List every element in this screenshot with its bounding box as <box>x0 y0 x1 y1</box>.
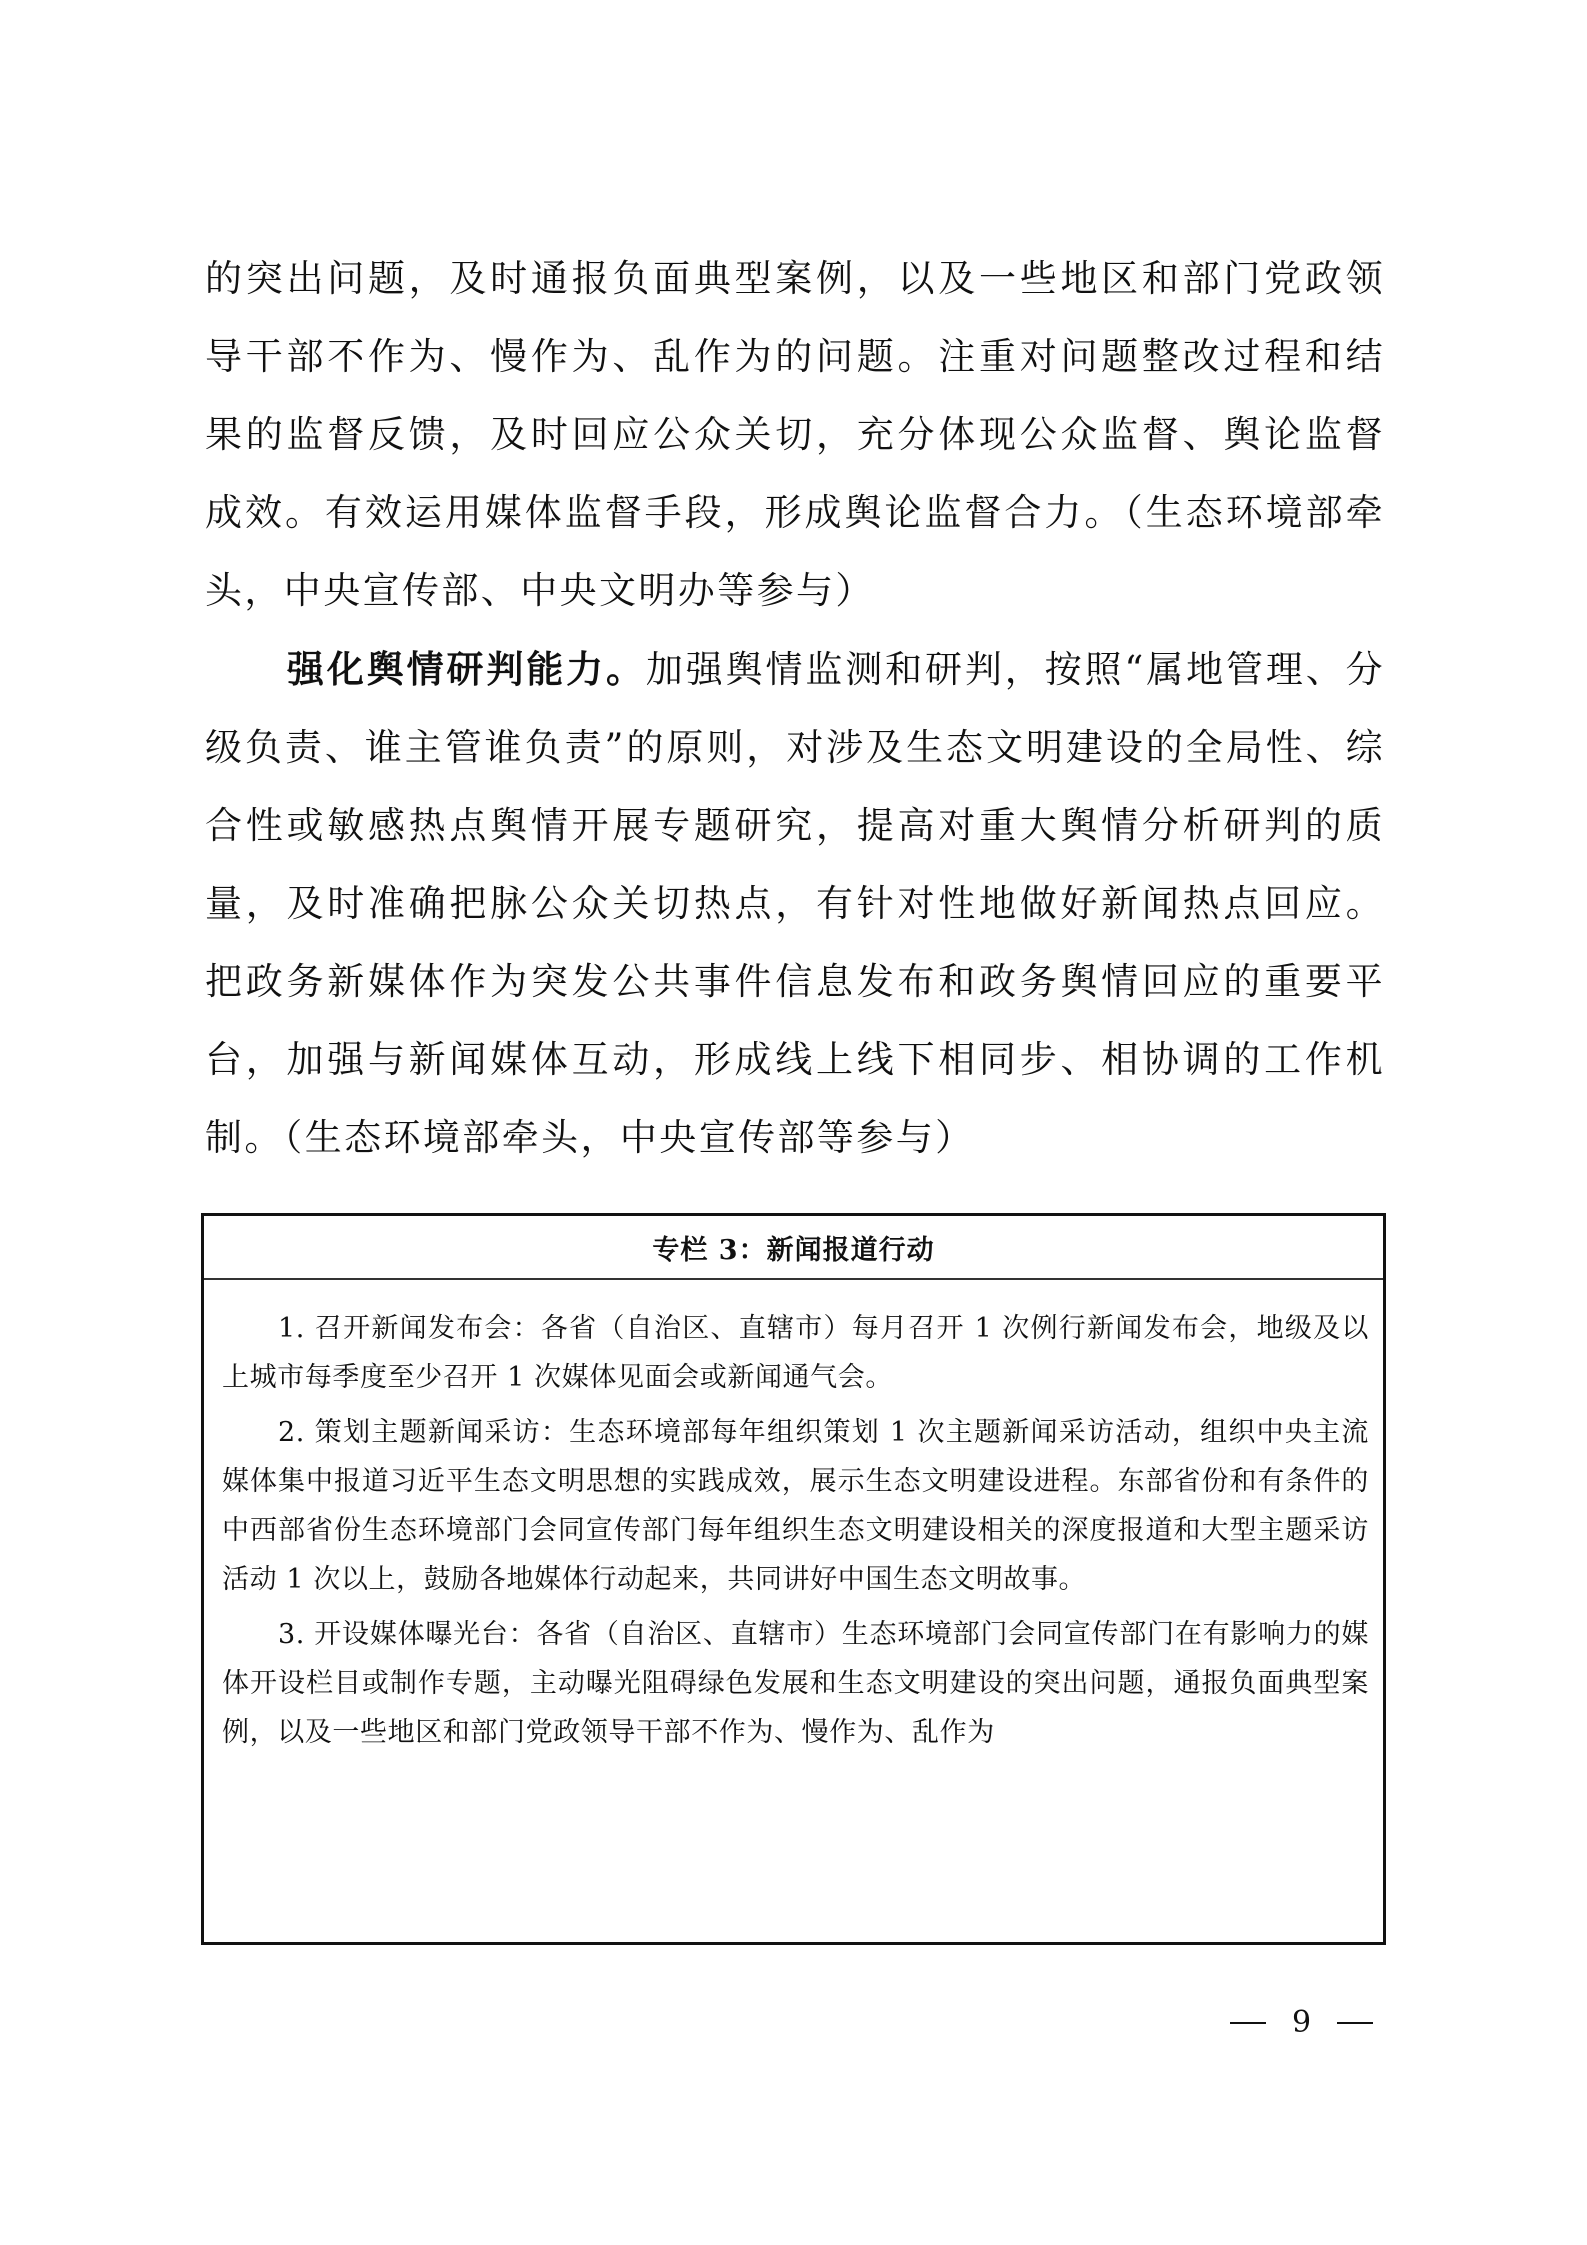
column-box-body: 1. 召开新闻发布会：各省（自治区、直辖市）每月召开 1 次例行新闻发布会，地级… <box>204 1280 1383 1757</box>
column-box-title: 专栏 3：新闻报道行动 <box>204 1216 1383 1280</box>
dash-right <box>1337 2022 1373 2024</box>
paragraph-lead-heading: 强化舆情研判能力。 <box>287 647 646 691</box>
page-number: 9 <box>1230 2005 1373 2040</box>
column-box-news-reporting: 专栏 3：新闻报道行动 1. 召开新闻发布会：各省（自治区、直辖市）每月召开 1… <box>201 1213 1386 1945</box>
column-item-media-exposure: 3. 开设媒体曝光台：各省（自治区、直辖市）生态环境部门会同宣传部门在有影响力的… <box>222 1610 1369 1757</box>
paragraph-text: 的突出问题，及时通报负面典型案例，以及一些地区和部门党政领导干部不作为、慢作为、… <box>205 257 1385 612</box>
paragraph-public-opinion-analysis: 强化舆情研判能力。加强舆情监测和研判，按照“属地管理、分级负责、谁主管谁负责”的… <box>205 630 1385 1177</box>
column-item-press-conference: 1. 召开新闻发布会：各省（自治区、直辖市）每月召开 1 次例行新闻发布会，地级… <box>222 1304 1369 1402</box>
paragraph-text: 加强舆情监测和研判，按照“属地管理、分级负责、谁主管谁负责”的原则，对涉及生态文… <box>205 648 1385 1159</box>
paragraph-public-supervision: 的突出问题，及时通报负面典型案例，以及一些地区和部门党政领导干部不作为、慢作为、… <box>205 240 1385 630</box>
document-page: 的突出问题，及时通报负面典型案例，以及一些地区和部门党政领导干部不作为、慢作为、… <box>0 0 1587 2245</box>
column-item-theme-interviews: 2. 策划主题新闻采访：生态环境部每年组织策划 1 次主题新闻采访活动，组织中央… <box>222 1408 1369 1604</box>
dash-left <box>1230 2022 1266 2024</box>
page-number-value: 9 <box>1292 2005 1311 2040</box>
